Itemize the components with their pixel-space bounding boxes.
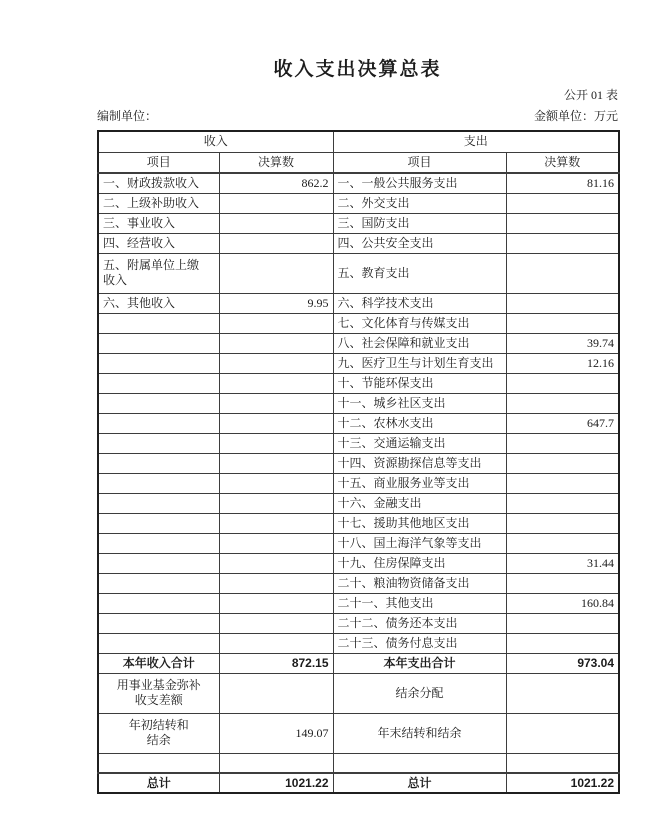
expense-amount-cell: 1021.22 xyxy=(506,773,619,793)
income-amount-cell xyxy=(219,613,333,633)
income-item-cell: 二、上级补助收入 xyxy=(98,193,219,213)
income-item-cell: 总计 xyxy=(98,773,219,793)
table-row: 九、医疗卫生与计划生育支出12.16 xyxy=(98,353,619,373)
table-row: 三、事业收入三、国防支出 xyxy=(98,213,619,233)
income-item-cell xyxy=(98,353,219,373)
income-amount-cell xyxy=(219,553,333,573)
expense-amount-cell: 647.7 xyxy=(506,413,619,433)
income-item-cell xyxy=(98,573,219,593)
income-amount-cell xyxy=(219,253,333,293)
expense-item-cell: 四、公共安全支出 xyxy=(333,233,506,253)
table-row: 二十、粮油物资储备支出 xyxy=(98,573,619,593)
table-row: 十五、商业服务业等支出 xyxy=(98,473,619,493)
income-item-header: 项目 xyxy=(98,152,219,173)
expense-amount-cell xyxy=(506,193,619,213)
expense-amount-cell: 39.74 xyxy=(506,333,619,353)
expense-amount-cell xyxy=(506,313,619,333)
income-item-cell xyxy=(98,513,219,533)
income-amount-cell xyxy=(219,513,333,533)
expense-item-cell: 十四、资源勘探信息等支出 xyxy=(333,453,506,473)
income-amount-cell xyxy=(219,633,333,653)
expense-item-cell: 二十、粮油物资储备支出 xyxy=(333,573,506,593)
expense-item-cell: 十五、商业服务业等支出 xyxy=(333,473,506,493)
income-section-header: 收入 xyxy=(98,131,333,152)
table-row: 十二、农林水支出647.7 xyxy=(98,413,619,433)
income-item-cell xyxy=(98,613,219,633)
expense-amount-header: 决算数 xyxy=(506,152,619,173)
table-row: 二十一、其他支出160.84 xyxy=(98,593,619,613)
expense-item-cell xyxy=(333,753,506,773)
expense-item-cell: 本年支出合计 xyxy=(333,653,506,673)
expense-amount-cell: 160.84 xyxy=(506,593,619,613)
income-item-cell: 四、经营收入 xyxy=(98,233,219,253)
table-row: 十七、援助其他地区支出 xyxy=(98,513,619,533)
expense-amount-cell xyxy=(506,373,619,393)
expense-item-cell: 五、教育支出 xyxy=(333,253,506,293)
expense-amount-cell xyxy=(506,233,619,253)
table-row: 二十二、债务还本支出 xyxy=(98,613,619,633)
income-amount-cell xyxy=(219,673,333,713)
document-sheet: 收入支出决算总表 公开 01 表 编制单位： 金额单位：万元 收入 支出 项目 … xyxy=(97,0,618,794)
income-amount-header: 决算数 xyxy=(219,152,333,173)
income-amount-cell xyxy=(219,353,333,373)
expense-amount-cell xyxy=(506,473,619,493)
expense-item-cell: 二十三、债务付息支出 xyxy=(333,633,506,653)
income-amount-cell xyxy=(219,313,333,333)
income-item-cell xyxy=(98,453,219,473)
income-item-cell xyxy=(98,413,219,433)
expense-amount-cell xyxy=(506,513,619,533)
expense-item-cell: 八、社会保障和就业支出 xyxy=(333,333,506,353)
expense-amount-cell: 12.16 xyxy=(506,353,619,373)
expense-item-cell: 十六、金融支出 xyxy=(333,493,506,513)
table-row: 七、文化体育与传媒支出 xyxy=(98,313,619,333)
income-item-cell xyxy=(98,753,219,773)
income-item-cell: 五、附属单位上缴 收入 xyxy=(98,253,219,293)
expense-amount-cell xyxy=(506,753,619,773)
expense-item-cell: 十、节能环保支出 xyxy=(333,373,506,393)
expense-amount-cell xyxy=(506,293,619,313)
expense-item-cell: 年末结转和结余 xyxy=(333,713,506,753)
income-amount-cell: 149.07 xyxy=(219,713,333,753)
income-item-cell xyxy=(98,533,219,553)
expense-amount-cell xyxy=(506,533,619,553)
table-row: 十、节能环保支出 xyxy=(98,373,619,393)
income-item-cell: 一、财政拨款收入 xyxy=(98,173,219,193)
income-amount-cell xyxy=(219,333,333,353)
income-amount-cell xyxy=(219,413,333,433)
table-row: 二、上级补助收入二、外交支出 xyxy=(98,193,619,213)
income-item-cell xyxy=(98,593,219,613)
income-amount-cell xyxy=(219,573,333,593)
expense-section-header: 支出 xyxy=(333,131,619,152)
table-row: 十六、金融支出 xyxy=(98,493,619,513)
income-item-cell xyxy=(98,313,219,333)
income-amount-cell: 862.2 xyxy=(219,173,333,193)
table-row: 十九、住房保障支出31.44 xyxy=(98,553,619,573)
income-item-cell xyxy=(98,393,219,413)
table-row: 八、社会保障和就业支出39.74 xyxy=(98,333,619,353)
income-amount-cell xyxy=(219,593,333,613)
expense-amount-cell xyxy=(506,453,619,473)
table-row: 一、财政拨款收入862.2一、一般公共服务支出81.16 xyxy=(98,173,619,193)
expense-item-cell: 二十二、债务还本支出 xyxy=(333,613,506,633)
income-item-cell xyxy=(98,373,219,393)
expense-amount-cell: 31.44 xyxy=(506,553,619,573)
income-item-cell: 六、其他收入 xyxy=(98,293,219,313)
expense-amount-cell xyxy=(506,393,619,413)
table-row: 十四、资源勘探信息等支出 xyxy=(98,453,619,473)
income-item-cell: 三、事业收入 xyxy=(98,213,219,233)
section-header-row: 收入 支出 xyxy=(98,131,619,152)
income-amount-cell xyxy=(219,473,333,493)
prepared-by-label: 编制单位： xyxy=(97,109,157,124)
expense-item-cell: 二十一、其他支出 xyxy=(333,593,506,613)
table-row: 二十三、债务付息支出 xyxy=(98,633,619,653)
income-amount-cell xyxy=(219,533,333,553)
meta-row: 编制单位： 金额单位：万元 xyxy=(97,109,618,124)
table-row: 五、附属单位上缴 收入五、教育支出 xyxy=(98,253,619,293)
income-item-cell xyxy=(98,493,219,513)
expense-item-cell: 十八、国土海洋气象等支出 xyxy=(333,533,506,553)
income-item-cell xyxy=(98,473,219,493)
income-item-cell xyxy=(98,633,219,653)
expense-amount-cell: 81.16 xyxy=(506,173,619,193)
income-amount-cell: 9.95 xyxy=(219,293,333,313)
table-row: 十三、交通运输支出 xyxy=(98,433,619,453)
income-item-cell: 本年收入合计 xyxy=(98,653,219,673)
income-amount-cell xyxy=(219,213,333,233)
expense-item-cell: 六、科学技术支出 xyxy=(333,293,506,313)
income-amount-cell xyxy=(219,373,333,393)
expense-amount-cell xyxy=(506,613,619,633)
expense-item-cell: 总计 xyxy=(333,773,506,793)
income-amount-cell xyxy=(219,493,333,513)
table-row: 十八、国土海洋气象等支出 xyxy=(98,533,619,553)
income-item-cell xyxy=(98,553,219,573)
summary-row: 总计1021.22总计1021.22 xyxy=(98,773,619,793)
income-amount-cell: 1021.22 xyxy=(219,773,333,793)
expense-item-cell: 十三、交通运输支出 xyxy=(333,433,506,453)
column-header-row: 项目 决算数 项目 决算数 xyxy=(98,152,619,173)
summary-row: 年初结转和 结余149.07年末结转和结余 xyxy=(98,713,619,753)
income-item-cell: 年初结转和 结余 xyxy=(98,713,219,753)
expense-item-cell: 结余分配 xyxy=(333,673,506,713)
income-amount-cell xyxy=(219,393,333,413)
table-row: 四、经营收入四、公共安全支出 xyxy=(98,233,619,253)
expense-item-cell: 一、一般公共服务支出 xyxy=(333,173,506,193)
income-amount-cell xyxy=(219,233,333,253)
expense-item-header: 项目 xyxy=(333,152,506,173)
summary-row: 本年收入合计872.15本年支出合计973.04 xyxy=(98,653,619,673)
table-row: 六、其他收入9.95六、科学技术支出 xyxy=(98,293,619,313)
expense-item-cell: 三、国防支出 xyxy=(333,213,506,233)
income-item-cell: 用事业基金弥补 收支差额 xyxy=(98,673,219,713)
table-row: 十一、城乡社区支出 xyxy=(98,393,619,413)
expense-item-cell: 十一、城乡社区支出 xyxy=(333,393,506,413)
income-amount-cell: 872.15 xyxy=(219,653,333,673)
income-amount-cell xyxy=(219,193,333,213)
expense-item-cell: 二、外交支出 xyxy=(333,193,506,213)
summary-row xyxy=(98,753,619,773)
summary-row: 用事业基金弥补 收支差额结余分配 xyxy=(98,673,619,713)
expense-amount-cell xyxy=(506,253,619,293)
income-amount-cell xyxy=(219,453,333,473)
expense-amount-cell xyxy=(506,573,619,593)
income-amount-cell xyxy=(219,753,333,773)
expense-amount-cell xyxy=(506,673,619,713)
expense-amount-cell xyxy=(506,713,619,753)
income-item-cell xyxy=(98,433,219,453)
amount-unit-label: 金额单位：万元 xyxy=(534,109,618,124)
expense-item-cell: 七、文化体育与传媒支出 xyxy=(333,313,506,333)
expense-amount-cell: 973.04 xyxy=(506,653,619,673)
budget-table: 收入 支出 项目 决算数 项目 决算数 一、财政拨款收入862.2一、一般公共服… xyxy=(97,130,620,794)
income-amount-cell xyxy=(219,433,333,453)
expense-item-cell: 九、医疗卫生与计划生育支出 xyxy=(333,353,506,373)
form-code: 公开 01 表 xyxy=(97,88,618,103)
expense-amount-cell xyxy=(506,633,619,653)
income-item-cell xyxy=(98,333,219,353)
expense-item-cell: 十二、农林水支出 xyxy=(333,413,506,433)
page-title: 收入支出决算总表 xyxy=(97,58,618,82)
expense-amount-cell xyxy=(506,213,619,233)
expense-item-cell: 十七、援助其他地区支出 xyxy=(333,513,506,533)
expense-item-cell: 十九、住房保障支出 xyxy=(333,553,506,573)
expense-amount-cell xyxy=(506,493,619,513)
expense-amount-cell xyxy=(506,433,619,453)
